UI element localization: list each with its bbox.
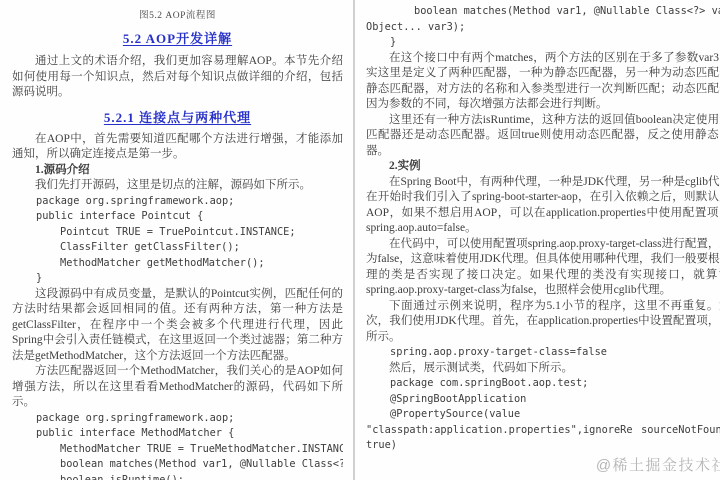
paragraph-proxy-target-class: 在代码中，可以使用配置项spring.aop.proxy-target-clas…	[366, 237, 720, 299]
document-page: 图5.2 AOP流程图 5.2 AOP开发详解 通过上文的术语介绍，我们更加容易…	[0, 0, 720, 480]
paragraph-then-test: 然后，展示测试类，代码如下所示。	[366, 361, 720, 377]
paragraph-member-variable: 这段源码中有成员变量，是默认的Pointcut实例，匹配任何的方法时结果都会返回…	[12, 287, 343, 365]
code-line-propertysource: @PropertySource(value =	[366, 407, 720, 423]
code-line: boolean matches(Method var1, @Nullable C…	[366, 4, 720, 20]
code-line: true)	[366, 438, 720, 454]
code-line: package com.springBoot.aop.test;	[366, 376, 720, 392]
code-line: @SpringBootApplication	[366, 392, 720, 408]
right-column: boolean matches(Method var1, @Nullable C…	[355, 0, 720, 480]
paragraph-open-source: 我们先打开源码，这里是切点的注解，源码如下所示。	[12, 178, 343, 194]
code-line-classpath: "classpath:application.properties",ignor…	[366, 423, 720, 439]
code-line: Object... var3);	[366, 20, 720, 36]
code-segment: @PropertySource(value	[390, 407, 520, 423]
figure-caption: 图5.2 AOP流程图	[12, 7, 343, 21]
paragraph-example-intro: 下面通过示例来说明，程序为5.1小节的程序，这里不再重复。第一次，我们使用JDK…	[366, 299, 720, 346]
code-segment: "classpath:application.properties",ignor…	[366, 423, 633, 439]
code-line: }	[12, 271, 343, 287]
list-label-source-intro: 1.源码介绍	[12, 163, 343, 179]
code-line: }	[366, 35, 720, 51]
code-line: boolean isRuntime();	[12, 473, 343, 480]
code-line: MethodMatcher getMethodMatcher();	[12, 256, 343, 272]
left-column: 图5.2 AOP流程图 5.2 AOP开发详解 通过上文的术语介绍，我们更加容易…	[0, 0, 353, 480]
code-line: MethodMatcher TRUE = TrueMethodMatcher.I…	[12, 442, 343, 458]
code-segment: sourceNotFound	[641, 423, 720, 439]
section-heading-5-2[interactable]: 5.2 AOP开发详解	[12, 28, 343, 47]
paragraph-connect-point: 在AOP中，首先需要知道匹配哪个方法进行增强，才能添加通知，所以确定连接点是第一…	[12, 132, 343, 163]
list-label-example: 2.实例	[366, 159, 720, 175]
code-line: package org.springframework.aop;	[12, 411, 343, 427]
code-line: public interface MethodMatcher {	[12, 426, 343, 442]
code-line: package org.springframework.aop;	[12, 194, 343, 210]
code-line: Pointcut TRUE = TruePointcut.INSTANCE;	[12, 225, 343, 241]
code-line-config: spring.aop.proxy-target-class=false	[366, 345, 720, 361]
section-heading-5-2-1[interactable]: 5.2.1 连接点与两种代理	[12, 107, 343, 126]
code-line: ClassFilter getClassFilter();	[12, 240, 343, 256]
paragraph-intro: 通过上文的术语介绍，我们更加容易理解AOP。本节先介绍如何使用每一个知识点，然后…	[12, 54, 343, 101]
code-line: public interface Pointcut {	[12, 209, 343, 225]
juejin-watermark: @稀土掘金技术社区	[596, 454, 720, 475]
paragraph-springboot-proxies: 在Spring Boot中，有两种代理，一种是JDK代理，另一种是cglib代理…	[366, 175, 720, 237]
paragraph-two-matches: 在这个接口中有两个matches，两个方法的区别在于多了参数var3，其实这里是…	[366, 51, 720, 113]
code-line: boolean matches(Method var1, @Nullable C…	[12, 457, 343, 473]
paragraph-isruntime: 这里还有一种方法isRuntime，这种方法的返回值boolean决定使用静态匹…	[366, 113, 720, 160]
paragraph-method-matcher: 方法匹配器返回一个MethodMatcher，我们关心的是AOP如何增强方法，所…	[12, 364, 343, 411]
